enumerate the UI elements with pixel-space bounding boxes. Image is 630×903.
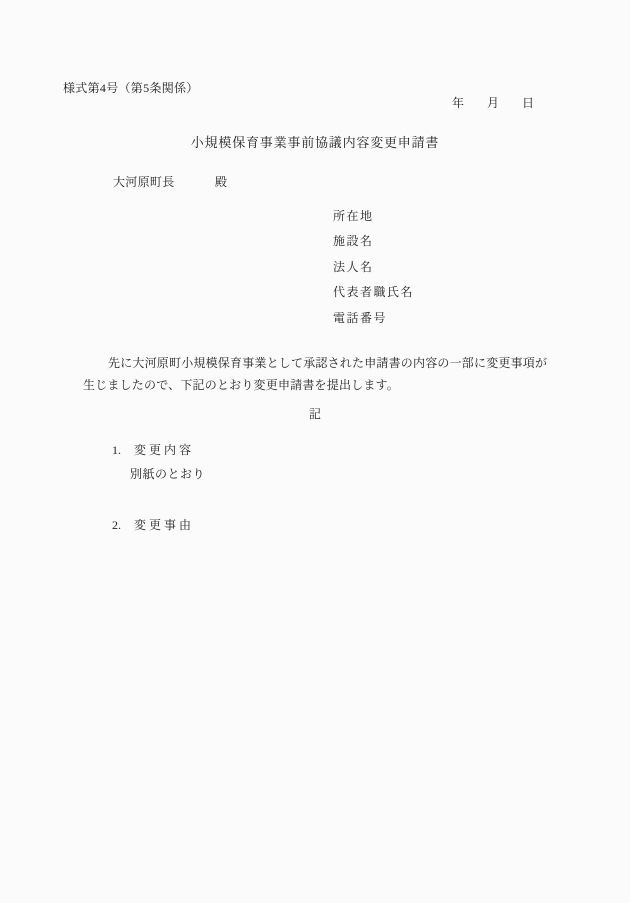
list-item-2-number: 2. [112,519,121,531]
list-item-1-label: 変更内容 [134,444,194,456]
addressee-line: 大河原町長 殿 [113,176,227,188]
date-line: 年 月 日 [452,97,534,109]
date-month-label: 月 [487,97,499,109]
ki-heading: 記 [0,408,630,420]
list-item-1-number: 1. [112,444,121,456]
field-label-location: 所在地 [333,210,374,222]
date-year-label: 年 [452,97,464,109]
field-label-representative-title-name: 代表者職氏名 [333,286,414,298]
field-label-phone-number: 電話番号 [333,312,387,324]
list-item-change-reason: 2. 変更事由 [112,519,194,531]
form-number: 様式第4号（第5条関係） [63,82,199,94]
document-title: 小規模保育事業事前協議内容変更申請書 [0,136,630,149]
application-form-page: 様式第4号（第5条関係） 年 月 日 小規模保育事業事前協議内容変更申請書 大河… [0,0,630,903]
list-item-1-note: 別紙のとおり [130,468,205,480]
addressee-honorific: 殿 [215,175,227,189]
field-label-corporation-name: 法人名 [333,261,374,273]
body-paragraph: 先に大河原町小規模保育事業として承認された申請書の内容の一部に変更事項が生じまし… [83,352,555,396]
list-item-change-content: 1. 変更内容 [112,444,194,456]
list-item-2-label: 変更事由 [134,519,194,531]
date-day-label: 日 [522,97,534,109]
addressee-recipient: 大河原町長 [113,175,175,189]
field-label-facility-name: 施設名 [333,235,374,247]
